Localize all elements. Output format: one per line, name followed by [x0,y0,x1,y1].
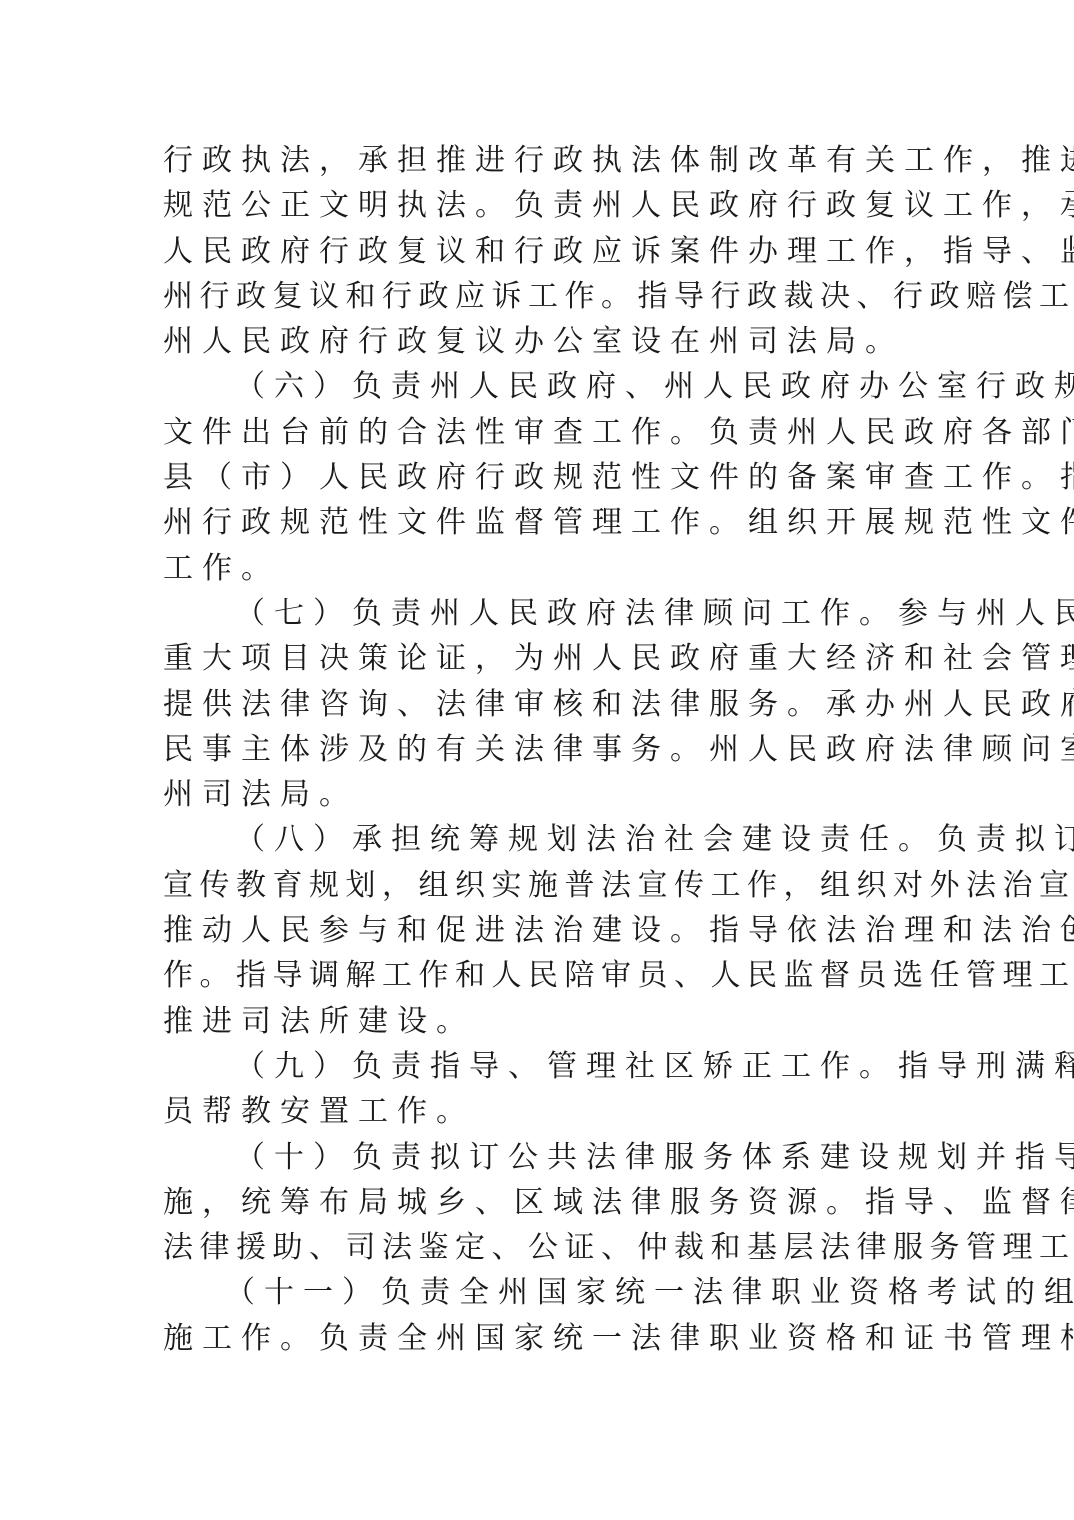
paragraph-start-9: （九）负责指导、管理社区矫正工作。指导刑满释放人 [163,1044,923,1089]
text-line: 规范公正文明执法。负责州人民政府行政复议工作，承担州 [163,183,923,228]
text-line: 行政执法，承担推进行政执法体制改革有关工作，推进严格 [163,138,923,183]
paragraph-start-7: （七）负责州人民政府法律顾问工作。参与州人民政府 [163,591,923,636]
text-line: 宣传教育规划，组织实施普法宣传工作，组织对外法治宣传。 [163,863,923,908]
text-line: 人民政府行政复议和行政应诉案件办理工作，指导、监督全 [163,229,923,274]
text-line: 重大项目决策论证，为州人民政府重大经济和社会管理活动 [163,636,923,681]
text-line: 民事主体涉及的有关法律事务。州人民政府法律顾问室设在 [163,727,923,772]
text-line: 提供法律咨询、法律审核和法律服务。承办州人民政府作为 [163,682,923,727]
document-page: 行政执法，承担推进行政执法体制改革有关工作，推进严格 规范公正文明执法。负责州人… [163,138,923,1361]
paragraph-start-11: （十一）负责全州国家统一法律职业资格考试的组织实 [163,1270,923,1315]
text-line: 施，统筹布局城乡、区域法律服务资源。指导、监督律师、 [163,1180,923,1225]
text-line: 县（市）人民政府行政规范性文件的备案审查工作。指导全 [163,455,923,500]
text-line: 施工作。负责全州国家统一法律职业资格和证书管理相关工 [163,1316,923,1361]
paragraph-start-10: （十）负责拟订公共法律服务体系建设规划并指导实 [163,1135,923,1180]
paragraph-start-8: （八）承担统筹规划法治社会建设责任。负责拟订法治 [163,817,923,862]
paragraph-start-6: （六）负责州人民政府、州人民政府办公室行政规范性 [163,364,923,409]
text-line: 文件出台前的合法性审查工作。负责州人民政府各部门和各 [163,410,923,455]
text-line: 州人民政府行政复议办公室设在州司法局。 [163,319,923,364]
text-line: 推动人民参与和促进法治建设。指导依法治理和法治创建工 [163,908,923,953]
text-line: 州司法局。 [163,772,923,817]
text-line: 推进司法所建设。 [163,999,923,1044]
text-line: 州行政复议和行政应诉工作。指导行政裁决、行政赔偿工作。 [163,274,923,319]
text-line: 州行政规范性文件监督管理工作。组织开展规范性文件清理 [163,500,923,545]
text-line: 作。指导调解工作和人民陪审员、人民监督员选任管理工作， [163,953,923,998]
text-line: 法律援助、司法鉴定、公证、仲裁和基层法律服务管理工作。 [163,1225,923,1270]
text-line: 员帮教安置工作。 [163,1089,923,1134]
text-line: 工作。 [163,546,923,591]
